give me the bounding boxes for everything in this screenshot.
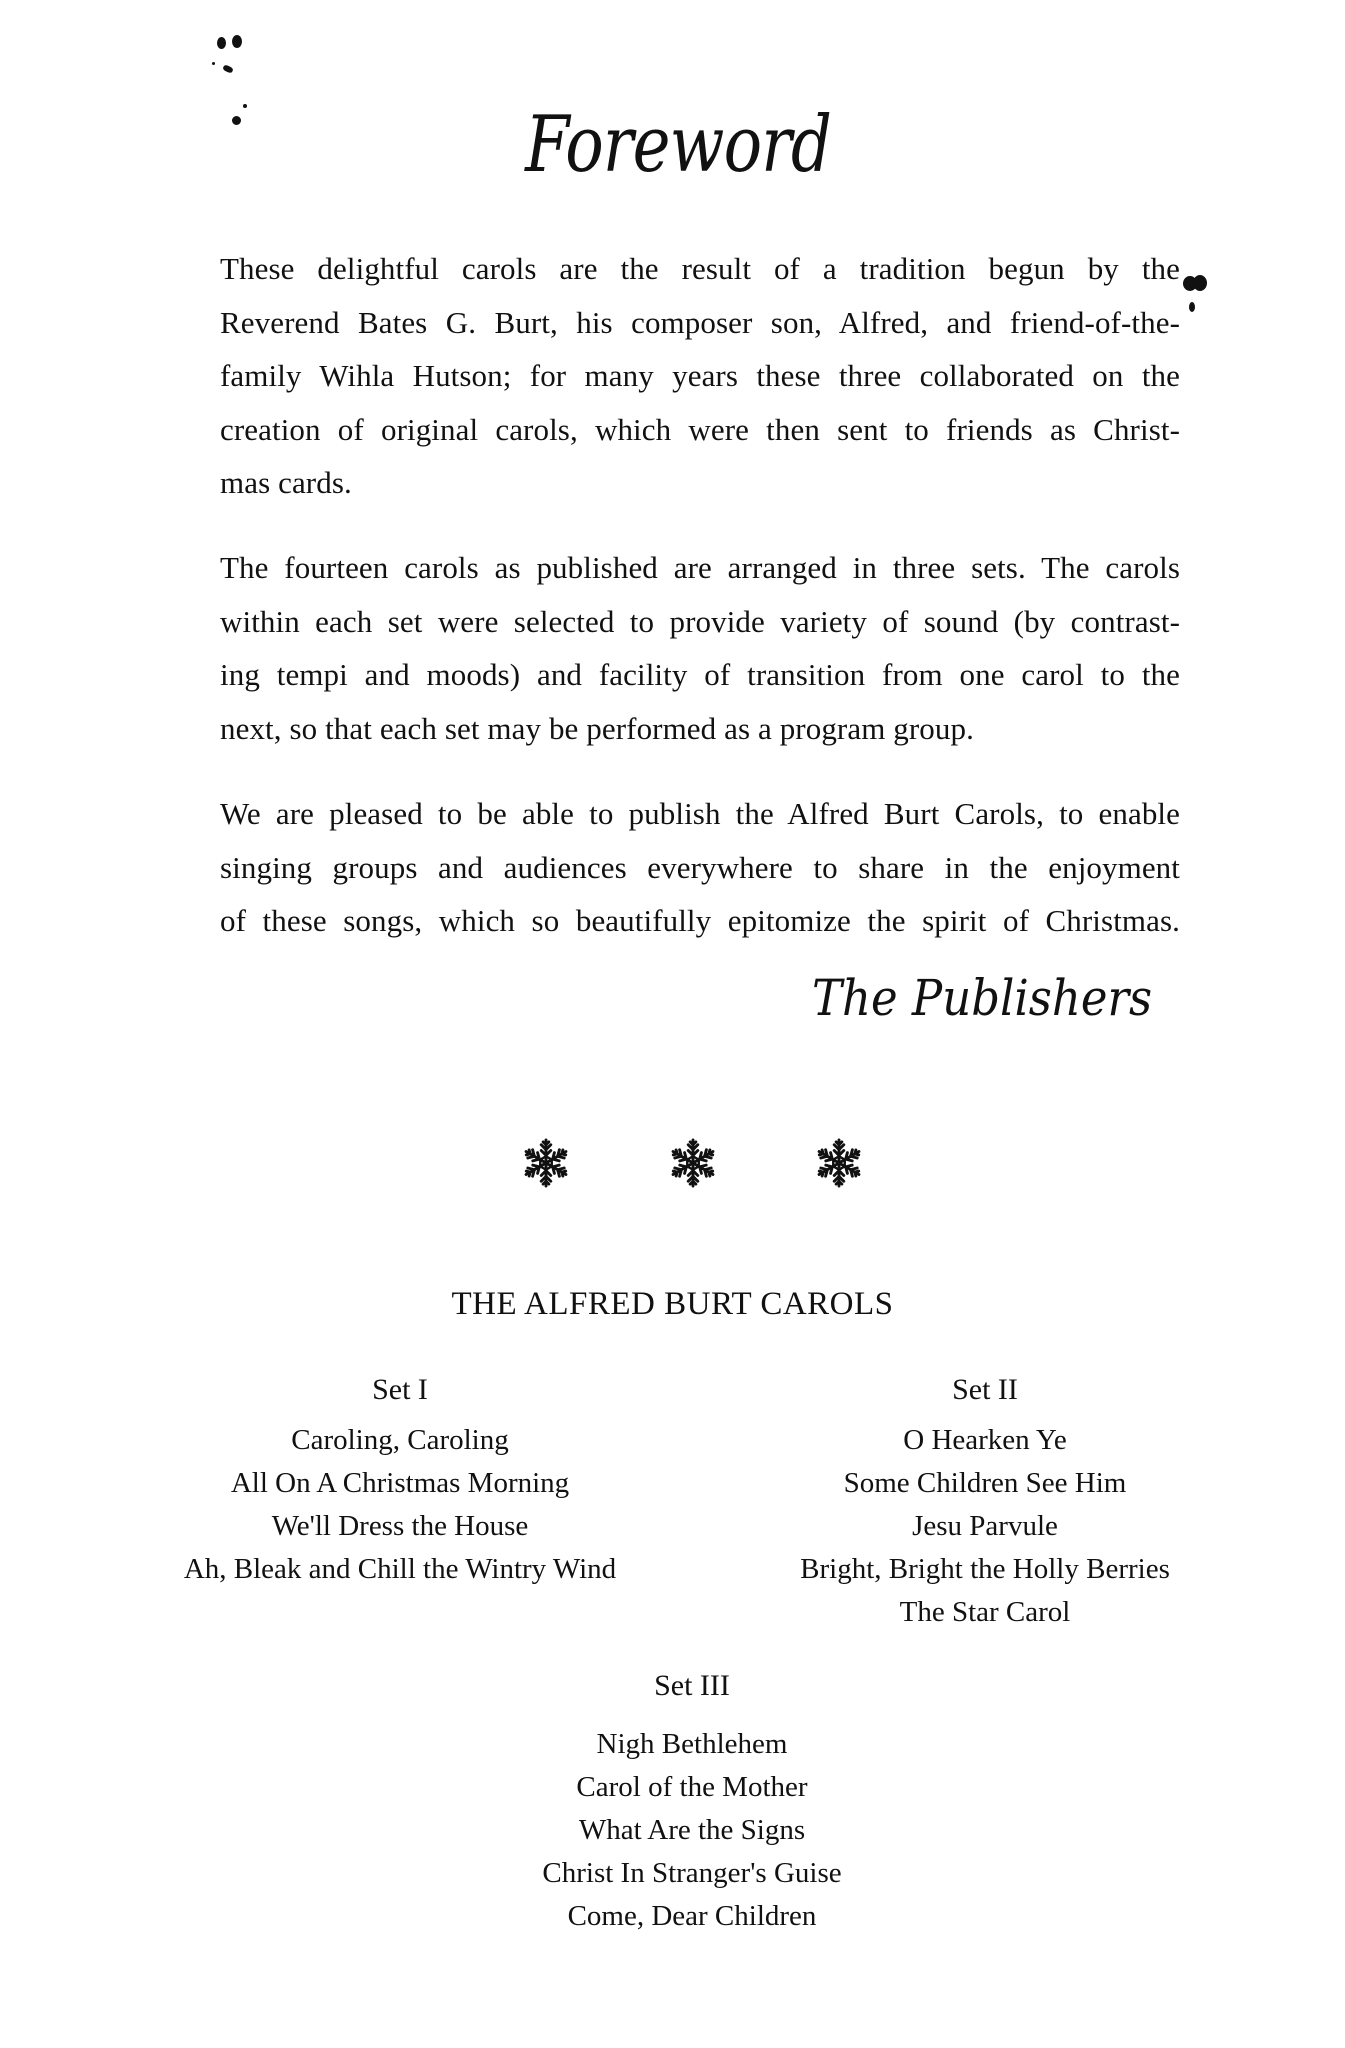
foreword-paragraph-2: The fourteen carols as published are arr… <box>220 541 1180 755</box>
text-line: We are pleased to be able to publish the… <box>220 787 1180 841</box>
carol-item: Carol of the Mother <box>452 1766 932 1809</box>
text-line: singing groups and audiences everywhere … <box>220 841 1180 895</box>
page-title: Foreword <box>127 100 1230 190</box>
set-title: Set III <box>452 1664 932 1707</box>
foreword-paragraph-3: We are pleased to be able to publish the… <box>220 787 1180 948</box>
text-line: Reverend Bates G. Burt, his composer son… <box>220 296 1180 350</box>
text-line: The fourteen carols as published are arr… <box>220 541 1180 595</box>
foreword-paragraph-1: These delightful carols are the result o… <box>220 242 1180 510</box>
ink-blot <box>222 64 234 74</box>
ink-blot <box>212 62 215 65</box>
text-line: within each set were selected to provide… <box>220 595 1180 649</box>
carol-item: Come, Dear Children <box>452 1895 932 1938</box>
carol-item: Ah, Bleak and Chill the Wintry Wind <box>160 1548 640 1591</box>
carol-item: Jesu Parvule <box>745 1505 1225 1548</box>
set-1: Set I Caroling, Caroling All On A Christ… <box>160 1368 640 1591</box>
carol-item: Nigh Bethlehem <box>452 1723 932 1766</box>
snowflake-icon <box>815 1138 863 1188</box>
carol-item: What Are the Signs <box>452 1809 932 1852</box>
carol-item: We'll Dress the House <box>160 1505 640 1548</box>
ink-blot <box>217 37 226 49</box>
carol-item: O Hearken Ye <box>745 1419 1225 1462</box>
signature: The Publishers <box>812 968 1152 1028</box>
text-line: These delightful carols are the result o… <box>220 242 1180 296</box>
carol-item: The Star Carol <box>745 1591 1225 1634</box>
text-line: ing tempi and moods) and facility of tra… <box>220 648 1180 702</box>
ink-blot <box>1189 302 1195 312</box>
carol-item: All On A Christmas Morning <box>160 1462 640 1505</box>
set-title: Set II <box>745 1368 1225 1411</box>
text-line: family Wihla Hutson; for many years thes… <box>220 349 1180 403</box>
text-line: creation of original carols, which were … <box>220 403 1180 457</box>
text-line: mas cards. <box>220 456 1180 510</box>
set-3: Set III Nigh Bethlehem Carol of the Moth… <box>452 1664 932 1938</box>
text-line: next, so that each set may be performed … <box>220 702 1180 756</box>
carols-heading: THE ALFRED BURT CAROLS <box>0 1283 1345 1325</box>
carol-item: Caroling, Caroling <box>160 1419 640 1462</box>
carol-item: Bright, Bright the Holly Berries <box>745 1548 1225 1591</box>
carol-item: Some Children See Him <box>745 1462 1225 1505</box>
ink-blot <box>1193 275 1207 291</box>
set-title: Set I <box>160 1368 640 1411</box>
snowflake-icon <box>522 1138 570 1188</box>
ink-blot <box>232 35 242 48</box>
snowflake-icon <box>669 1138 717 1188</box>
set-2: Set II O Hearken Ye Some Children See Hi… <box>745 1368 1225 1634</box>
text-line: of these songs, which so beautifully epi… <box>220 894 1180 948</box>
carol-item: Christ In Stranger's Guise <box>452 1852 932 1895</box>
